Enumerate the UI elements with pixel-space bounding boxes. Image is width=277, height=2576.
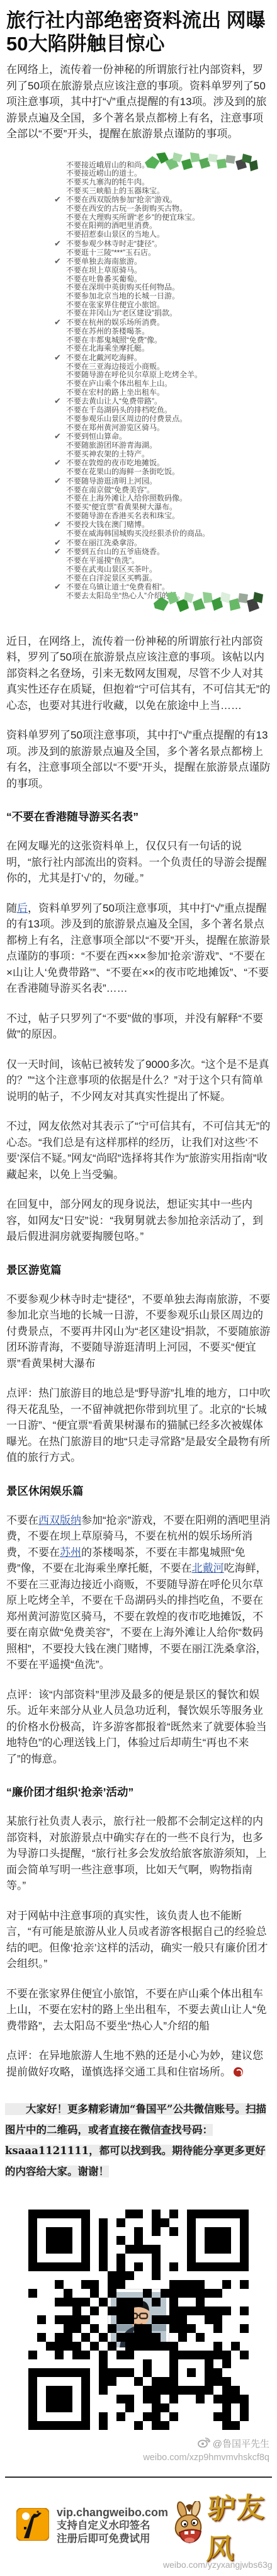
- green-camo-decoration-bottom: [152, 587, 263, 617]
- checklist-item-text: 不要在白洋淀景区买鸭蛋。: [66, 574, 157, 582]
- paragraph: 资料单罗列了50项注意事项，其中打“√”重点提醒的有13项。涉及到的旅游景点遍及…: [6, 727, 271, 792]
- paragraph: 不要在张家界住便宜小旅馆，不要在庐山乘个体出租车上山，不要在宏村的路上坐出租车，…: [6, 1986, 271, 2034]
- checklist-item: 不要招惹泰山景区的当地人。: [54, 230, 277, 239]
- check-icon: ✔: [54, 432, 66, 441]
- checklist-item-text: 不要随旅游团环游青海湖。: [66, 441, 157, 450]
- checklist-item: 不要在西安的古玩一条街购买古物。: [54, 205, 277, 213]
- qr-code: [22, 2203, 255, 2436]
- checklist-item-text: 不要到恒山算命。: [66, 432, 127, 441]
- checklist-item-text: 不要在宏村的路上坐出租车。: [66, 388, 164, 397]
- paragraph: 某旅行社负责人表示，旅行社一般都不会制定这样的内部资料，对旅游景点中确实存在的一…: [6, 1813, 271, 1894]
- checklist-item-text: 不要买神农架的土特产。: [66, 450, 149, 458]
- checklist-item-text: 不要随导游在香港买名表和珠宝。: [66, 511, 179, 520]
- checklist-item-text: 不要在敦煌的夜市吃地摊饭。: [66, 458, 164, 467]
- check-icon: ✔: [54, 582, 66, 591]
- footer: vip.changweibo.com 支持自定义水印签名 注册后即可免费试用: [0, 2478, 277, 2576]
- changweibo-url[interactable]: vip.changweibo.com: [57, 2506, 168, 2519]
- checklist-item-text: 不要在大理购买所谓“老乡”的便宜珠宝。: [66, 213, 200, 222]
- inline-link[interactable]: 后: [17, 902, 28, 914]
- donkey-logo-icon: [168, 2501, 211, 2551]
- checklist-item: ✔不要到恒山算命。: [54, 432, 277, 441]
- brand-text: 驴友风: [206, 2484, 273, 2567]
- changweibo-line2: 注册后即可免费试用: [57, 2533, 150, 2545]
- checklist-item: 不要在庐山乘个体出租车上山。: [54, 380, 277, 389]
- paragraph: 随后，资料单罗列了50项注意事项，其中打“√”重点提醒的有13项。涉及到的旅游景…: [6, 900, 271, 997]
- check-icon: ✔: [54, 547, 66, 556]
- checklist-item: ✔不要在北戴河吃海鲜。: [54, 353, 277, 363]
- changweibo-promo: vip.changweibo.com 支持自定义水印签名 注册后即可免费试用: [16, 2505, 168, 2546]
- paragraph: 点评：热门旅游目的地总是“野导游”扎堆的地方，口中吹得天花乱坠，一不留神就把你带…: [6, 1385, 271, 1466]
- changweibo-line1: 支持自定义水印签名: [57, 2520, 150, 2531]
- checklist-item-text: 不要逛十三陵“***”玉石店。: [66, 248, 155, 257]
- inline-link[interactable]: 苏州: [60, 1546, 81, 1558]
- checklist-items: 不要接近峨眉山的和尚。不要接近崂山的道士。不要买九寨沟的牦牛肉。不要买三峡船上的…: [54, 161, 277, 601]
- checklist-item-text: 不要买“便宜票”看黄果树大瀑布。: [66, 502, 177, 511]
- checklist-item: ✔不要去黄山让人“免费带路”。: [54, 397, 277, 406]
- checklist-item-text: 不要在北海乘坐摩托艇。: [66, 344, 149, 353]
- checklist-item-text: 不要在花果山的海鲜一条街吃饭。: [66, 467, 179, 476]
- checklist-item: ✔不要在丽江洗桑拿浴。: [54, 538, 277, 548]
- checklist-item-text: 不要买九寨沟的牦牛肉。: [66, 178, 149, 186]
- checklist-item: 不要在深圳中英街购买任何物品。: [54, 283, 277, 292]
- checklist-item-text: 不要在威海韩国城购买没经狠杀价的商品。: [66, 529, 210, 538]
- paragraph: 仅一天时间，该帖已被转发了9000多次。“这个是不是真的？”“这个注意事项的依据…: [6, 1057, 271, 1105]
- check-icon: ✔: [54, 538, 66, 547]
- checklist-item: 不要在花果山的海鲜一条街吃饭。: [54, 468, 277, 477]
- check-icon: ✔: [54, 520, 66, 529]
- checklist-item-text: 不要在深圳中英街购买任何物品。: [66, 283, 179, 292]
- checklist-item: 不要逛十三陵“***”玉石店。: [54, 249, 277, 258]
- checklist-item: 不要在威海韩国城购买没经狠杀价的商品。: [54, 530, 277, 538]
- checklist-item-text: 不要在张家界住便宜小旅馆。: [66, 300, 164, 309]
- checklist-item-text: 不要随导游在呼伦贝尔草原上吃烤全羊。: [66, 370, 202, 379]
- wechat-notice: 大家好！更多精彩请加“鲁国平”公共微信账号。扫描图片中的二维码，或者直接在微信查…: [5, 2099, 272, 2182]
- checklist-item-text: 不要参加北京当地的长城一日游。: [66, 292, 179, 300]
- giraffe-logo-icon: [16, 2508, 49, 2544]
- paragraph: 不过，网友依然对其表示了“宁可信其有，不可信其无”的心态。“我们总是有这样那样的…: [6, 1118, 271, 1183]
- checklist-item: 不要在宏村的路上坐出租车。: [54, 389, 277, 397]
- checklist-item: 不要在白洋淀景区买鸭蛋。: [54, 574, 277, 583]
- checklist-item: 不要在千岛湖码头的排档吃鱼。: [54, 406, 277, 415]
- checklist-item: ✔不要随导游逛清明上河园。: [54, 477, 277, 486]
- green-camo-decoration-top: [144, 151, 258, 176]
- checklist-item: ✔不要参观少林寺时走“捷径”。: [54, 239, 277, 249]
- checklist-item-text: 不要在坝上草原骑马。: [66, 266, 142, 275]
- inline-link[interactable]: 西双版纳: [38, 1514, 81, 1526]
- checklist-item: ✔不要在敦煌的夜市吃地摊饭。: [54, 458, 277, 468]
- checklist-item-text: 不要随导游逛清明上河园。: [66, 477, 157, 485]
- checklist-item-text: 不要单独去海南旅游。: [66, 257, 142, 266]
- watermark-handle: @鲁国平先生: [213, 2439, 269, 2449]
- article-page: 旅行社内部绝密资料流出 网曝50大陷阱触目惊心 在网络上，流传着一份神秘的所谓旅…: [0, 0, 277, 2576]
- checklist-item-text: 不要招惹泰山景区的当地人。: [66, 230, 164, 239]
- news-agency-red-swirl-icon: [234, 2067, 243, 2077]
- check-icon: ✔: [54, 257, 66, 266]
- checklist-item: 不要在武夷山景区买茶叶。: [54, 565, 277, 574]
- checklist-item: 不要买“便宜票”看黄果树大瀑布。: [54, 503, 277, 512]
- checklist-item: 不要参加北京当地的长城一日游。: [54, 292, 277, 301]
- paragraph: 不要参观少林寺时走“捷径”，不要单独去海南旅游，不要参加北京当地的长城一日游，不…: [6, 1291, 271, 1372]
- section-heading: 景区休闲娱乐篇: [6, 1484, 271, 1499]
- checklist-item-text: 不要在吐鲁番买葡萄。: [66, 275, 142, 283]
- checklist-item: ✔不要投大钱在澳门赌博。: [54, 520, 277, 530]
- footer-watermark: weibo.com/yzyxangjwbs63g: [163, 2560, 273, 2570]
- check-icon: ✔: [54, 397, 66, 406]
- section-heading: “廉价团才组织‘抢亲’活动”: [6, 1784, 271, 1800]
- paragraph: 不要在西双版纳参加“抢亲”游戏，不要在阳朔的酒吧里消费，不要在坝上草原骑马，不要…: [6, 1512, 271, 1673]
- paragraph: 在网友曝光的这张资料单上，仅仅只有一句话的说明，“旅行社内部流出的资料。一个负责…: [6, 838, 271, 887]
- checklist-item: ✔不要在西双版纳参加“抢亲”游戏。: [54, 195, 277, 205]
- checklist-item-text: 不要接近峨眉山的和尚。: [66, 161, 149, 169]
- checklist-item-text: 不要在西双版纳参加“抢亲”游戏。: [66, 195, 177, 204]
- checklist-item-text: 不要在郑州黄河游览区骑马。: [66, 423, 164, 432]
- check-icon: ✔: [54, 458, 66, 467]
- paragraph: 对于网帖中注意事项的真实性，该负责人也不能断言，“有可能是旅游从业人员或者游客根…: [6, 1908, 271, 1972]
- check-icon: ✔: [54, 239, 66, 248]
- checklist-item: 不要参观乐山景区周边的付费景点。: [54, 415, 277, 424]
- checklist-item: 不要在上海外滩让人给你照数码像。: [54, 494, 277, 503]
- weibo-watermark: @鲁国平先生 weibo.com/xzp9hmvmvhskcf8q: [0, 2437, 269, 2464]
- checklist-item-text: 不要在杭州的娱乐场所消费。: [66, 318, 164, 327]
- checklist-item-text: 不要在平遥摸“鱼洗”。: [66, 556, 139, 565]
- inline-link[interactable]: 北戴河: [192, 1562, 224, 1574]
- checklist-item: 不要在坝上草原骑马。: [54, 266, 277, 275]
- intro-paragraph: 在网络上，流传着一份神秘的所谓旅行社内部资料，罗列了50项在旅游景点应该注意的事…: [6, 62, 271, 142]
- checklist-item-text: 不要在上海外滩让人给你照数码像。: [66, 494, 187, 502]
- checklist-item-text: 不要在武夷山景区买茶叶。: [66, 565, 157, 574]
- page-title: 旅行社内部绝密资料流出 网曝50大陷阱触目惊心: [6, 9, 271, 55]
- checklist-item: ✔不要单独去海南旅游。: [54, 257, 277, 266]
- checklist-item-text: 不要投大钱在澳门赌博。: [66, 520, 149, 529]
- checklist-item: 不要买九寨沟的牦牛肉。: [54, 178, 277, 187]
- check-icon: ✔: [54, 477, 66, 485]
- checklist-item: 不要买三峡船上的玉器珠宝。: [54, 187, 277, 196]
- article-body: 近日，在网络上，流传着一份神秘的所谓旅行社内部资料，罗列了50项在旅游景点应该注…: [6, 633, 271, 2080]
- checklist-item: ✔不要到五台山的五爷庙烧香。: [54, 547, 277, 557]
- watermark-url: weibo.com/xzp9hmvmvhskcf8q: [143, 2453, 269, 2463]
- paragraph: 近日，在网络上，流传着一份神秘的所谓旅行社内部资料，罗列了50项在旅游景点应该注…: [6, 633, 271, 714]
- checklist-item-text: 不要在井冈山为“老区建设”捐款。: [66, 309, 177, 317]
- checklist-item-text: 不要买三峡船上的玉器珠宝。: [66, 186, 164, 195]
- check-icon: ✔: [54, 318, 66, 327]
- section-heading: 景区游览篇: [6, 1262, 271, 1278]
- paragraph: 点评：在异地旅游人生地不熟的还是小心为妙，建议您提前做好攻略，谨慎选择交通工具和…: [6, 2048, 271, 2080]
- checklist-image: 不要接近峨眉山的和尚。不要接近崂山的道士。不要买九寨沟的牦牛肉。不要买三峡船上的…: [0, 151, 277, 617]
- checklist-item: 不要随旅游团环游青海湖。: [54, 441, 277, 450]
- checklist-item: 不要在北海乘坐摩托艇。: [54, 344, 277, 353]
- checklist-item-text: 不要在西安的古玩一条街购买古物。: [66, 204, 187, 213]
- checklist-item: 不要买神农架的土特产。: [54, 450, 277, 459]
- check-icon: ✔: [54, 353, 66, 362]
- checklist-item-text: 不要在北戴河吃海鲜。: [66, 353, 142, 362]
- checklist-item: 不要在苏州的茶楼喝茶。: [54, 327, 277, 336]
- checklist-item-text: 不要在阳朔的酒吧里消费。: [66, 221, 157, 230]
- checklist-item: 不要在郑州黄河游览区骑马。: [54, 424, 277, 433]
- paragraph: 不过，帖子只罗列了“不要”做的事项，并没有解释“不要做”的原因。: [6, 1011, 271, 1043]
- checklist-item-text: 不要在苏州的茶楼喝茶。: [66, 327, 149, 336]
- paragraph: 在回复中，部分网友的现身说法，想证实其中一些内容，如网友“日安”说：“我舅舅就去…: [6, 1196, 271, 1245]
- checklist-item: ✔不要在杭州的娱乐场所消费。: [54, 318, 277, 327]
- checklist-item: 不要在平遥摸“鱼洗”。: [54, 557, 277, 565]
- checklist-item: 不要随导游在香港买名表和珠宝。: [54, 512, 277, 521]
- checklist-item: 不要在井冈山为“老区建设”捐款。: [54, 309, 277, 318]
- checklist-item-text: 不要在三亚海边接近小商贩。: [66, 362, 164, 371]
- weibo-logo-icon: [198, 2437, 210, 2451]
- lvyoufeng-brand: 驴友风 weibo.com/yzyxangjwbs63g: [168, 2485, 271, 2566]
- checklist-item-text: 不要在丽江洗桑拿浴。: [66, 538, 142, 547]
- checklist-item-text: 不要参观乐山景区周边的付费景点。: [66, 414, 187, 423]
- check-icon: ✔: [54, 195, 66, 204]
- checklist-item-text: 不要到五台山的五爷庙烧香。: [66, 547, 164, 556]
- checklist-item-text: 不要在丰都鬼城照“免费”像。: [66, 336, 162, 344]
- checklist-item-text: 不要在南京做“免费美容”。: [66, 485, 154, 494]
- checklist-item-text: 不要在千岛湖码头的排档吃鱼。: [66, 406, 172, 414]
- checklist-item-text: 不要参观少林寺时走“捷径”。: [66, 239, 162, 248]
- checklist-item-text: 不要接近崂山的道士。: [66, 169, 142, 178]
- section-heading: “不要在香港随导游买名表”: [6, 809, 271, 824]
- checklist-item-text: 不要在庐山乘个体出租车上山。: [66, 379, 172, 388]
- paragraph: 点评：该“内部资料”里涉及最多的便是景区的餐饮和娱乐。近年来部分从业人员急功近利…: [6, 1687, 271, 1767]
- checklist-item-text: 不要去黄山让人“免费带路”。: [66, 397, 162, 406]
